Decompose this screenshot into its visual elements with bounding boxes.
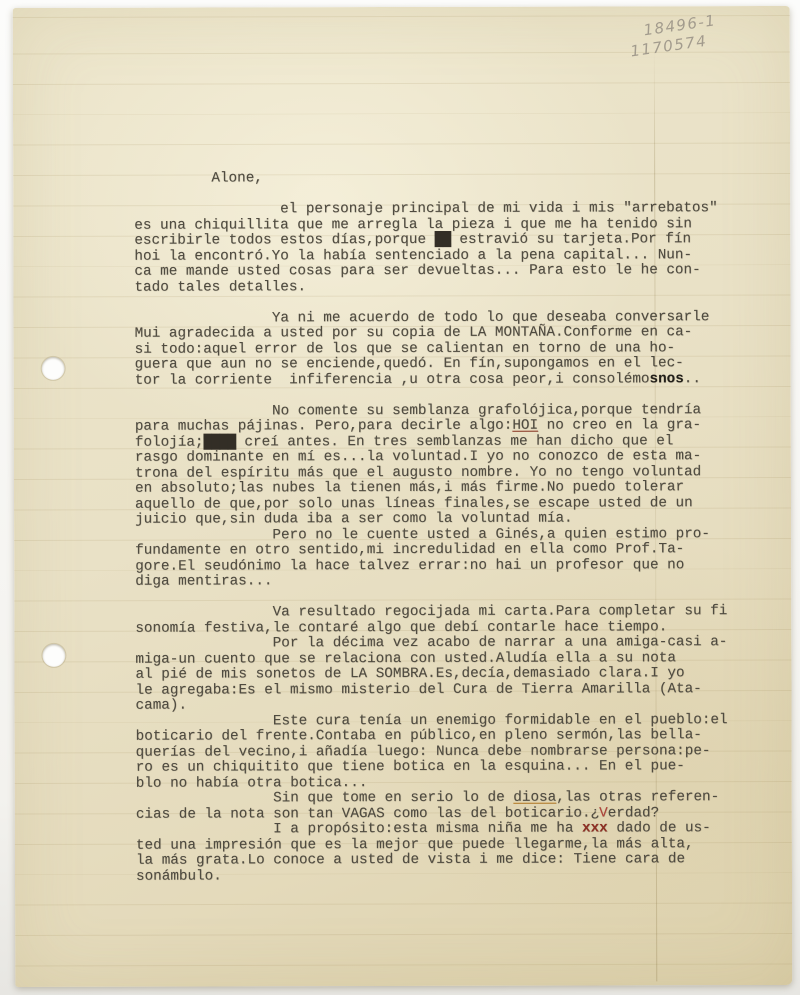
letter-line: tor la corriente infiferencia ,u otra co… [135,372,740,389]
letter-line: la más grata.Lo conoce a usted de vista … [136,852,741,869]
letter-line: Alone, [134,170,739,187]
letter-line: tado tales detalles. [134,279,739,296]
letter-line: sonámbulo. [136,868,741,885]
letter-line: le agregaba:Es el mismo misterio del Cur… [135,682,740,699]
letter-line: gore.El seudónimo la hace talvez errar:n… [135,558,740,575]
scanned-letter-page: 18496-1 1170574 Alone, el personaje prin… [13,6,793,987]
scan-background: 18496-1 1170574 Alone, el personaje prin… [0,0,800,995]
letter-line: ca me mande usted cosas para ser devuelt… [134,263,739,280]
punch-hole [42,644,65,667]
letter-body: Alone, el personaje principal de mi vida… [134,170,741,885]
letter-line: ro es un chiquitito que tiene botica en … [136,759,741,776]
punch-hole [42,357,65,380]
letter-line: diga mentiras... [135,573,740,590]
